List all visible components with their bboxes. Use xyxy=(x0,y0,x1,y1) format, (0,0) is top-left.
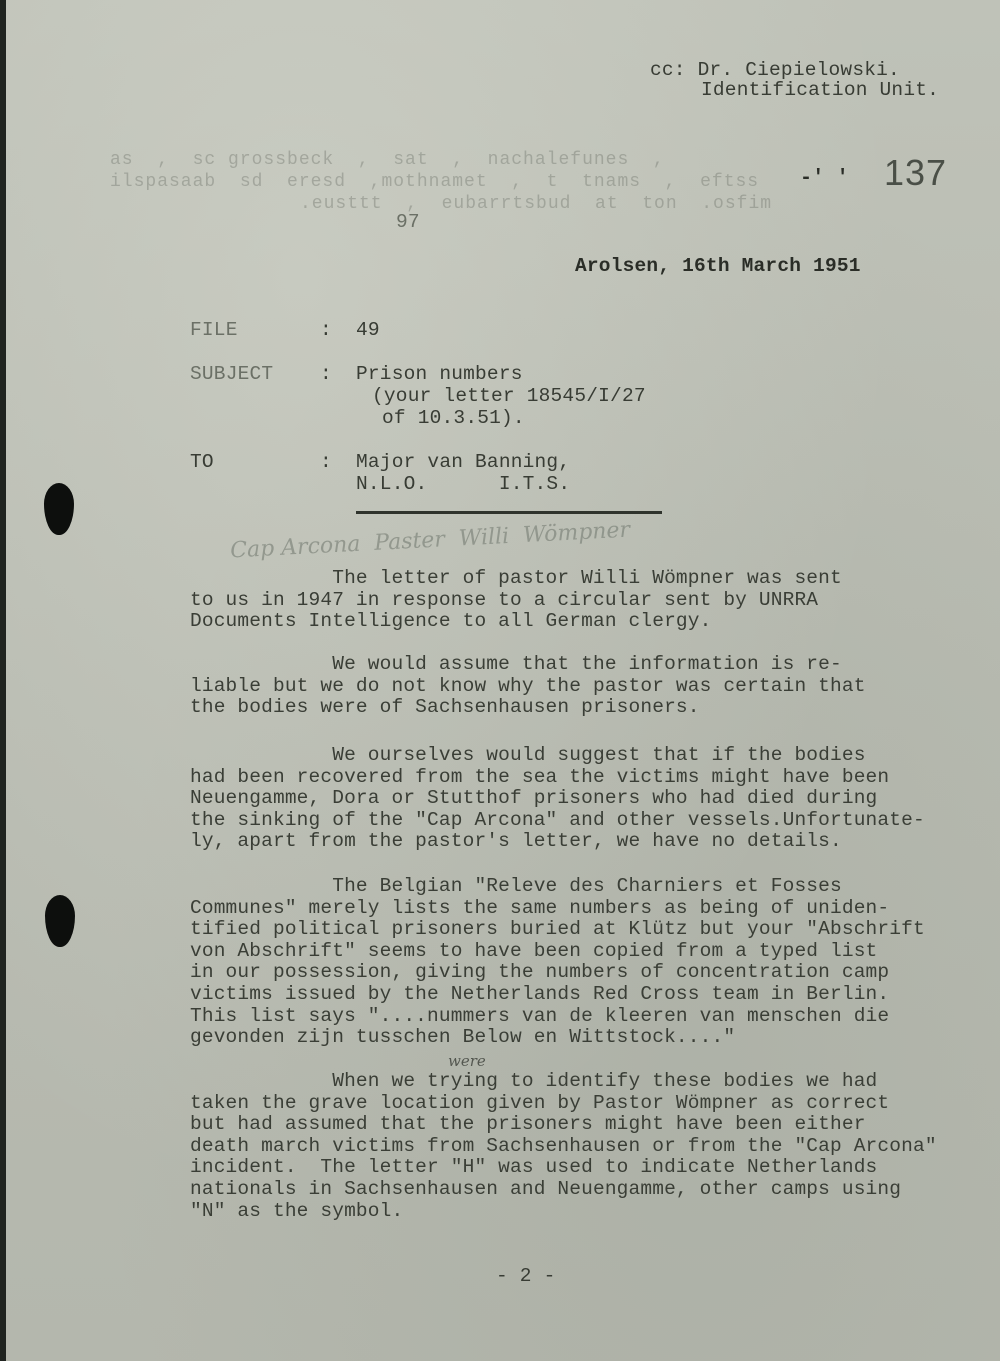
to-recipient-org: N.L.O. I.T.S. xyxy=(356,474,570,495)
to-label: TO xyxy=(190,452,214,473)
archive-page-number: 137 xyxy=(884,152,947,194)
page-footer-number: - 2 - xyxy=(496,1266,556,1287)
page-reference-number: 97 xyxy=(396,212,420,233)
page-edge-shadow xyxy=(0,0,6,1361)
paragraph-line: The Belgian "Releve des Charniers et Fos… xyxy=(190,876,990,898)
paragraph-line: liable but we do not know why the pastor… xyxy=(190,676,990,698)
bleed-through-text: as , sc grossbeck , sat , nachalefunes , xyxy=(110,150,665,170)
paragraph-line: We would assume that the information is … xyxy=(190,654,990,676)
paragraph-line: von Abschrift" seems to have been copied… xyxy=(190,941,990,963)
header-divider-line xyxy=(356,511,662,514)
paragraph-line: death march victims from Sachsenhausen o… xyxy=(190,1136,990,1158)
file-label: FILE xyxy=(190,320,238,341)
paragraph-line: "N" as the symbol. xyxy=(190,1201,990,1223)
body-paragraph-1: The letter of pastor Willi Wömpner was s… xyxy=(190,568,990,633)
cc-recipient: cc: Dr. Ciepielowski. xyxy=(650,60,900,81)
paragraph-line: Communes" merely lists the same numbers … xyxy=(190,898,990,920)
paragraph-line: the sinking of the "Cap Arcona" and othe… xyxy=(190,810,990,832)
paragraph-line: Neuengamme, Dora or Stutthof prisoners w… xyxy=(190,788,990,810)
paragraph-line: The letter of pastor Willi Wömpner was s… xyxy=(190,568,990,590)
paragraph-line: but had assumed that the prisoners might… xyxy=(190,1114,990,1136)
bleed-through-text: ilspasaab sd eresd ,mothnamet , t tnams … xyxy=(110,172,759,192)
subject-line-2: (your letter 18545/I/27 xyxy=(372,386,646,407)
paragraph-line: the bodies were of Sachsenhausen prisone… xyxy=(190,697,990,719)
place-and-date: Arolsen, 16th March 1951 xyxy=(575,256,861,277)
bleed-through-text: .eusttt , eubarrtsbud at ton .osfim xyxy=(300,194,772,214)
subject-label: SUBJECT xyxy=(190,364,273,385)
paragraph-line: nationals in Sachsenhausen and Neuengamm… xyxy=(190,1179,990,1201)
paragraph-line: incident. The letter "H" was used to ind… xyxy=(190,1157,990,1179)
paragraph-line: had been recovered from the sea the vict… xyxy=(190,767,990,789)
subject-line-3: of 10.3.51). xyxy=(382,408,525,429)
subject-separator: : xyxy=(320,364,332,385)
paragraph-line: to us in 1947 in response to a circular … xyxy=(190,590,990,612)
paragraph-line: tified political prisoners buried at Klü… xyxy=(190,919,990,941)
paragraph-line: This list says "....nummers van de kleer… xyxy=(190,1006,990,1028)
to-separator: : xyxy=(320,452,332,473)
paragraph-line: When we trying to identify these bodies … xyxy=(190,1071,990,1093)
paragraph-line: gevonden zijn tusschen Below en Wittstoc… xyxy=(190,1027,990,1049)
file-value: 49 xyxy=(356,320,380,341)
paragraph-line: taken the grave location given by Pastor… xyxy=(190,1093,990,1115)
body-paragraph-5: When we trying to identify these bodies … xyxy=(190,1071,990,1222)
paragraph-line: We ourselves would suggest that if the b… xyxy=(190,745,990,767)
body-paragraph-3: We ourselves would suggest that if the b… xyxy=(190,745,990,853)
cc-recipient-unit: Identification Unit. xyxy=(701,80,939,101)
paragraph-line: Documents Intelligence to all German cle… xyxy=(190,611,990,633)
handwritten-insertion: were xyxy=(448,1052,486,1070)
paragraph-line: in our possession, giving the numbers of… xyxy=(190,962,990,984)
paragraph-line: ly, apart from the pastor's letter, we h… xyxy=(190,831,990,853)
to-recipient-name: Major van Banning, xyxy=(356,452,570,473)
body-paragraph-2: We would assume that the information is … xyxy=(190,654,990,719)
paragraph-line: victims issued by the Netherlands Red Cr… xyxy=(190,984,990,1006)
stamp-mark: -' ' xyxy=(800,168,861,189)
subject-line-1: Prison numbers xyxy=(356,364,523,385)
file-separator: : xyxy=(320,320,332,341)
body-paragraph-4: The Belgian "Releve des Charniers et Fos… xyxy=(190,876,990,1049)
